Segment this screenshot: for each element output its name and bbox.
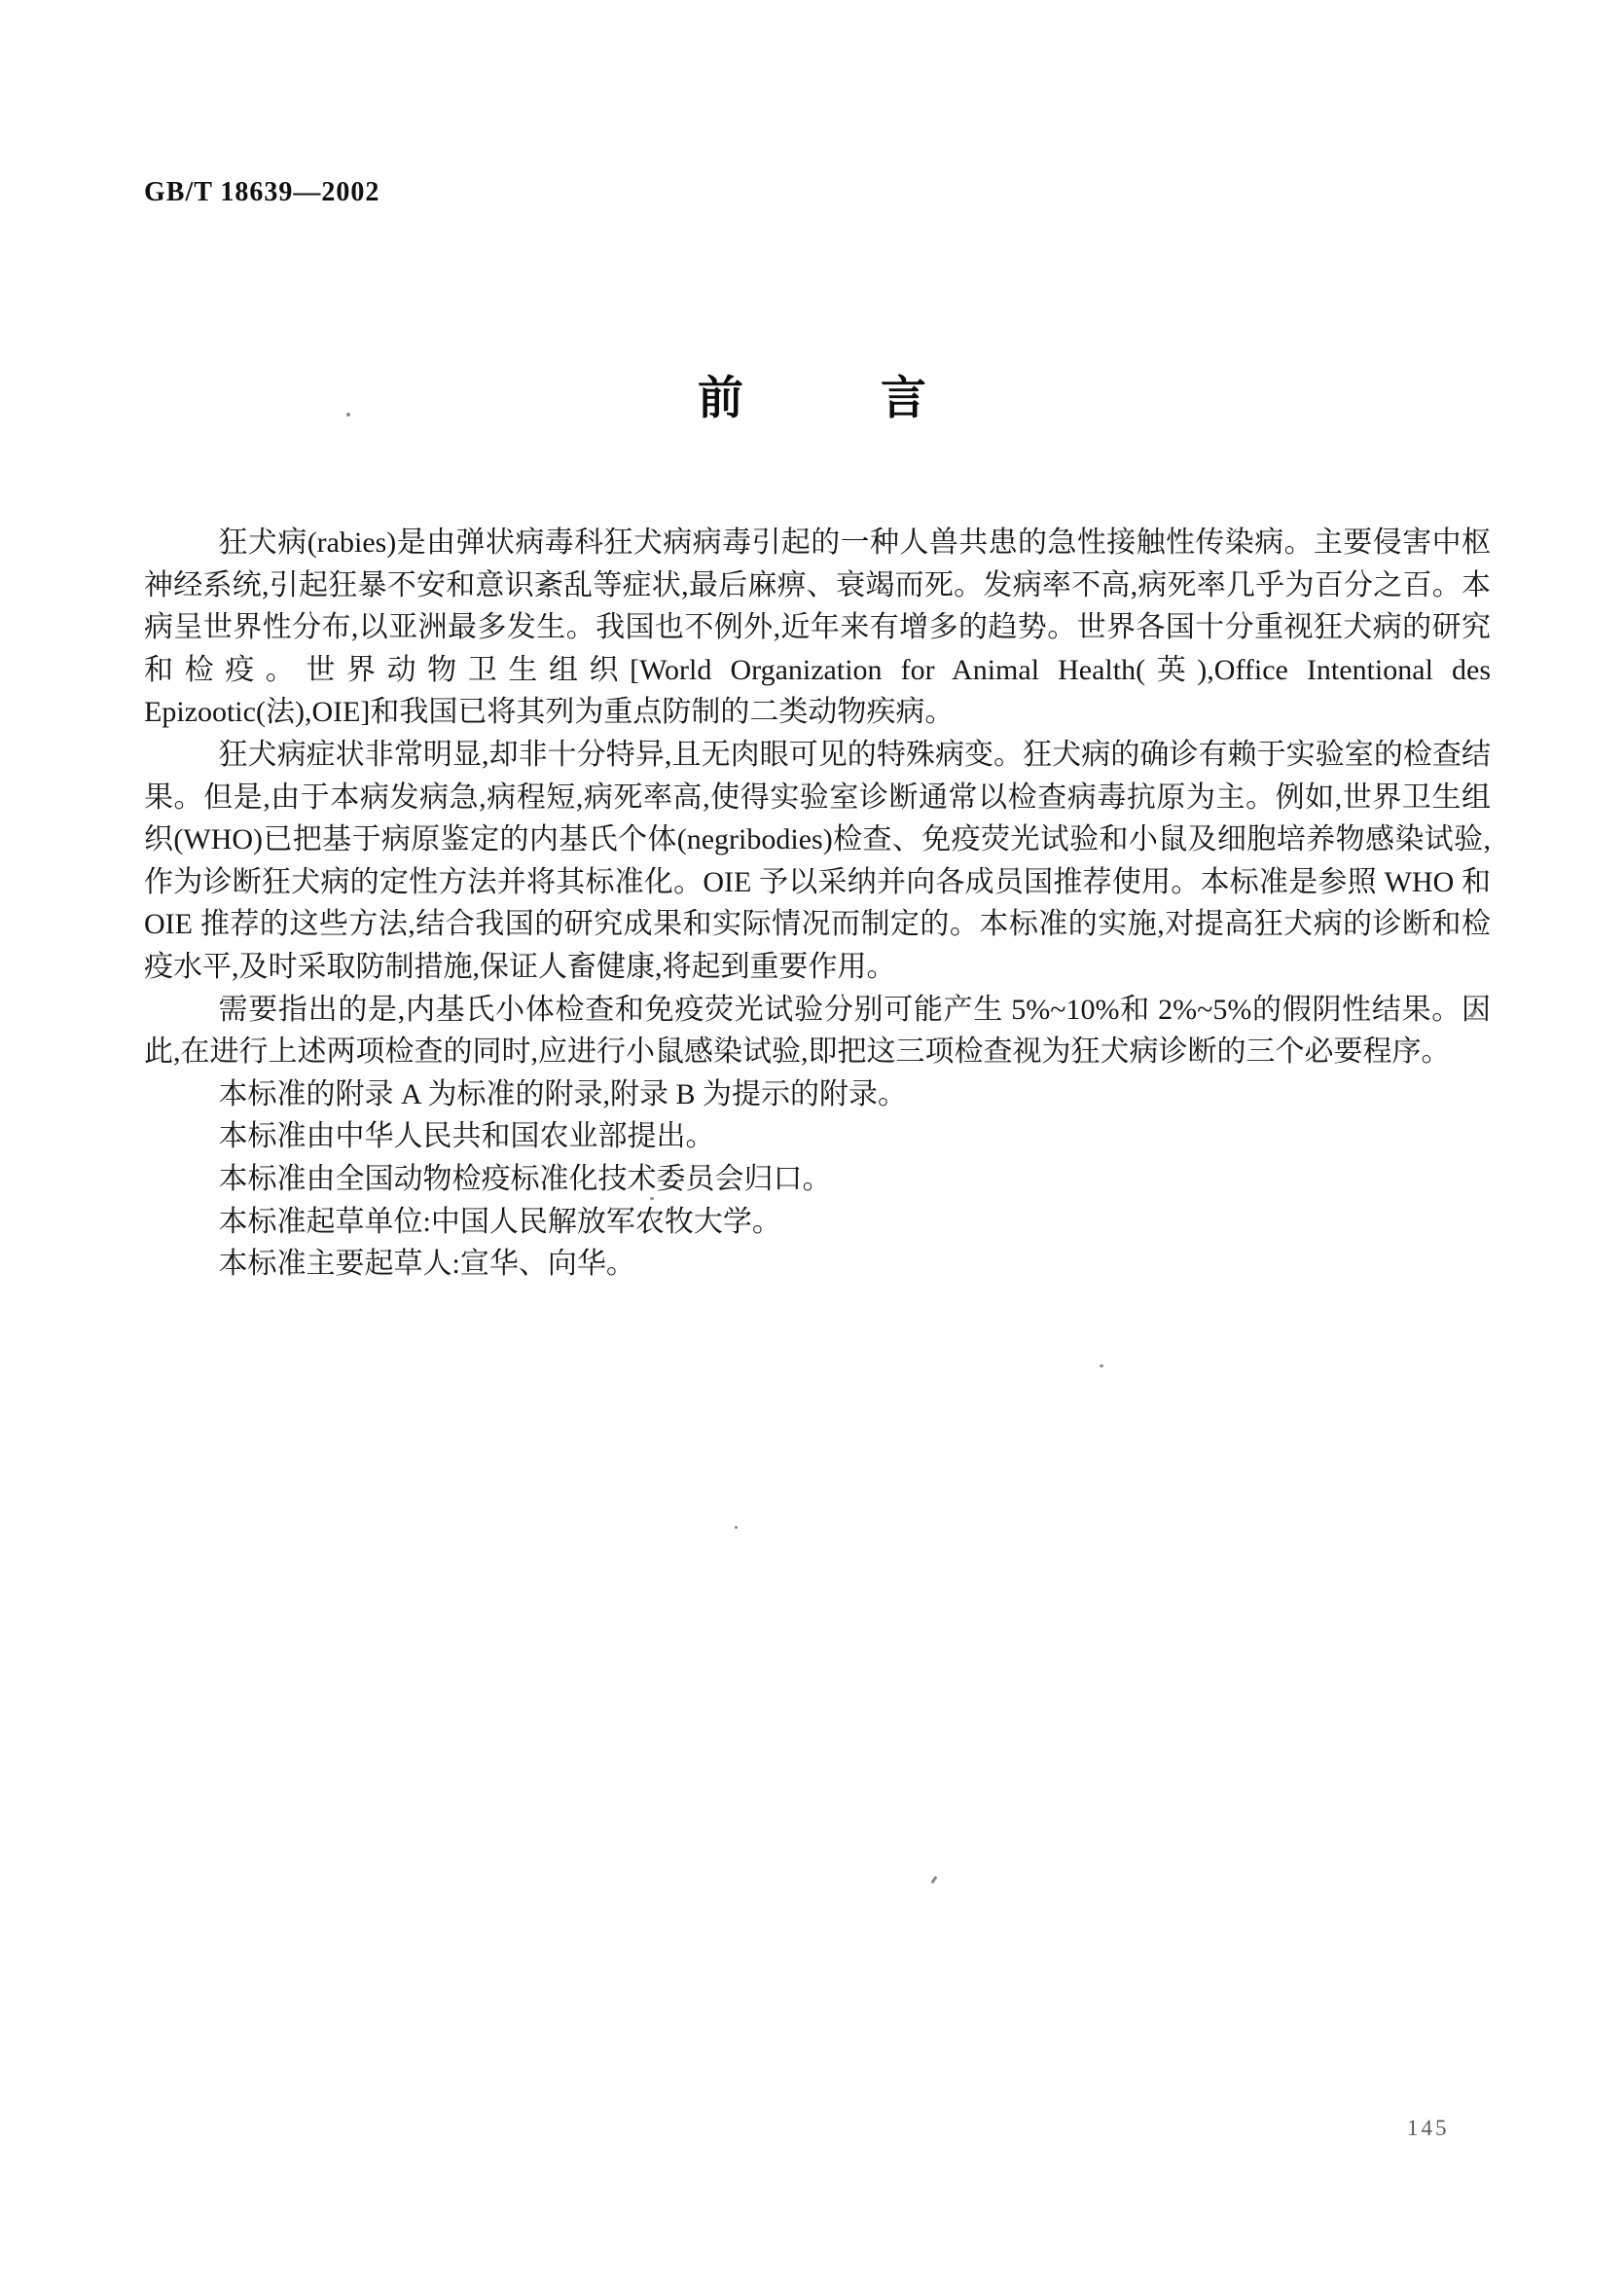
page-title: 前 言	[0, 362, 1624, 427]
scan-artifact	[735, 1526, 738, 1529]
scan-artifact	[650, 1197, 654, 1200]
line-drafters: 本标准主要起草人:宣华、向华。	[144, 1243, 1491, 1286]
scan-artifact	[930, 1875, 937, 1883]
line-drafting-org: 本标准起草单位:中国人民解放军农牧大学。	[144, 1201, 1491, 1244]
paragraph-false-negative: 需要指出的是,内基氏小体检查和免疫荧光试验分别可能产生 5%~10%和 2%~5…	[144, 989, 1491, 1073]
document-page: GB/T 18639—2002 前 言 狂犬病(rabies)是由弹状病毒科狂犬…	[0, 0, 1624, 2289]
scan-artifact	[1100, 1364, 1103, 1367]
line-proposed-by: 本标准由中华人民共和国农业部提出。	[144, 1115, 1491, 1158]
foreword-body: 狂犬病(rabies)是由弹状病毒科狂犬病病毒引起的一种人兽共患的急性接触性传染…	[144, 522, 1491, 1286]
page-number: 145	[1407, 2116, 1450, 2141]
line-centralized-by: 本标准由全国动物检疫标准化技术委员会归口。	[144, 1158, 1491, 1201]
scan-artifact	[346, 413, 350, 417]
standard-code: GB/T 18639—2002	[144, 177, 379, 208]
paragraph-intro: 狂犬病(rabies)是由弹状病毒科狂犬病病毒引起的一种人兽共患的急性接触性传染…	[144, 522, 1491, 734]
paragraph-diagnosis: 狂犬病症状非常明显,却非十分特异,且无肉眼可见的特殊病变。狂犬病的确诊有赖于实验…	[144, 734, 1491, 989]
line-appendix-note: 本标准的附录 A 为标准的附录,附录 B 为提示的附录。	[144, 1073, 1491, 1116]
